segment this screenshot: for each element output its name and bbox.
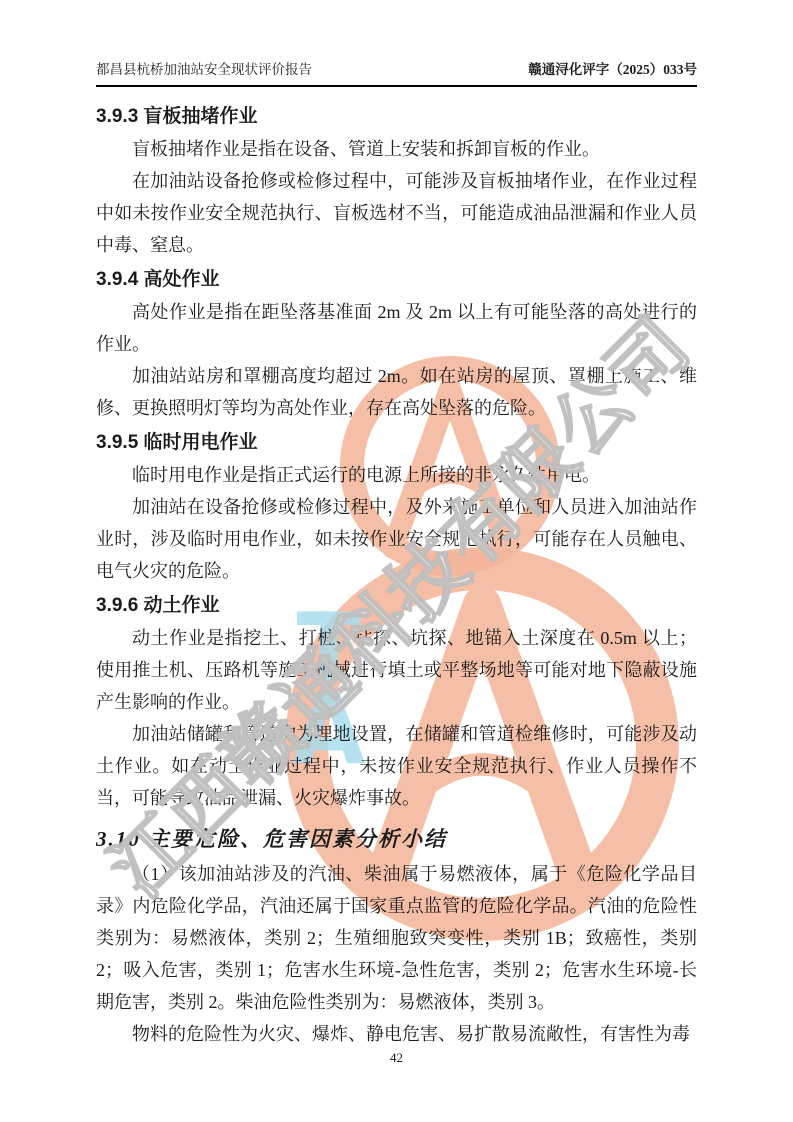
paragraph: 高处作业是指在距坠落基准面 2m 及 2m 以上有可能坠落的高处进行的作业。 (96, 296, 697, 360)
section-heading: 3.9.6 动土作业 (96, 590, 697, 622)
section-heading: 3.10 主要危险、危害因素分析小结 (96, 820, 697, 858)
header-document-number: 赣通浔化评字（2025）033号 (528, 60, 697, 80)
page-footer: 42 (0, 1050, 793, 1066)
section-heading: 3.9.4 高处作业 (96, 264, 697, 296)
paragraph: 加油站在设备抢修或检修过程中，及外来施工单位和人员进入加油站作业时，涉及临时用电… (96, 491, 697, 587)
page-number: 42 (390, 1050, 403, 1065)
document-page: T A 都昌县杭桥加油站安全现状评价报告 赣通浔化评字（2025）033号 3.… (0, 0, 793, 1122)
paragraph: 物料的危险性为火灾、爆炸、静电危害、易扩散易流敞性，有害性为毒 (96, 1018, 697, 1050)
paragraph: 临时用电作业是指正式运行的电源上所接的非永久性用电。 (96, 459, 697, 491)
page-header: 都昌县杭桥加油站安全现状评价报告 赣通浔化评字（2025）033号 (96, 60, 697, 87)
header-report-title: 都昌县杭桥加油站安全现状评价报告 (96, 60, 312, 80)
document-body: 3.9.3 盲板抽堵作业盲板抽堵作业是指在设备、管道上安装和拆卸盲板的作业。在加… (96, 98, 697, 1050)
paragraph: 加油站站房和罩棚高度均超过 2m。如在站房的屋顶、罩棚上施工、维修、更换照明灯等… (96, 360, 697, 424)
section-heading: 3.9.5 临时用电作业 (96, 427, 697, 459)
paragraph: 盲板抽堵作业是指在设备、管道上安装和拆卸盲板的作业。 (96, 133, 697, 165)
paragraph: 加油站储罐和管道均为埋地设置，在储罐和管道检维修时，可能涉及动土作业。如在动土作… (96, 718, 697, 814)
paragraph: 在加油站设备抢修或检修过程中，可能涉及盲板抽堵作业，在作业过程中如未按作业安全规… (96, 165, 697, 261)
paragraph: 动土作业是指挖土、打桩、钻探、坑探、地锚入土深度在 0.5m 以上；使用推土机、… (96, 622, 697, 718)
section-heading: 3.9.3 盲板抽堵作业 (96, 101, 697, 133)
paragraph: （1）该加油站涉及的汽油、柴油属于易燃液体，属于《危险化学品目录》内危险化学品，… (96, 858, 697, 1018)
